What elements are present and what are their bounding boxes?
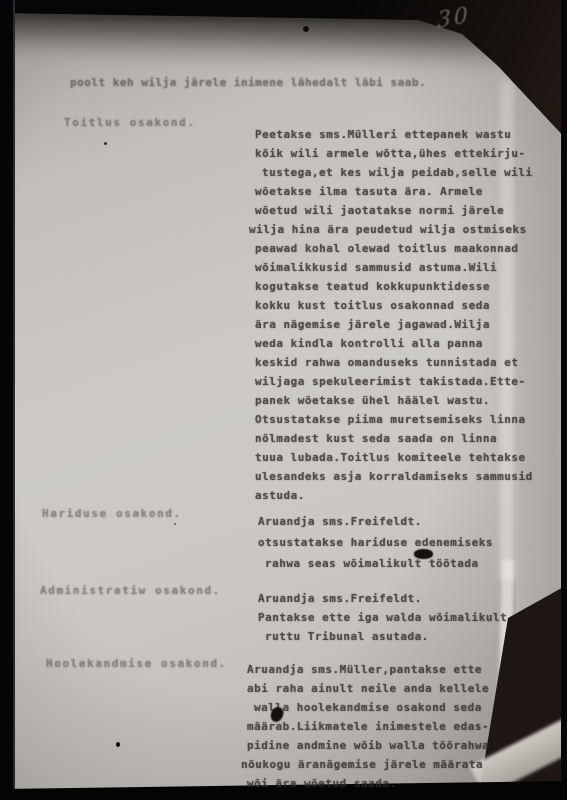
typewritten-line: tuua lubada.Toitlus komiteele tehtakse [255,448,533,467]
typewritten-line: Pantakse ette iga walda wõimalikult [258,608,507,627]
typewritten-line: nõlmadest kust seda saada on linna [255,429,533,448]
typewritten-line: wõi ära wõetud saada. [247,774,489,793]
typewritten-line: ulesandeks asja korraldamiseks sammusid [255,467,533,486]
intro-line: poolt keh wilja järele inimene lähedalt … [70,76,426,89]
section-heading: Hoolekandmise osakond. [46,657,227,670]
typewritten-line: astuda. [255,486,533,505]
typewritten-line: kokku kust toitlus osakonnad seda [255,296,533,315]
typewritten-line: wõetakse ilma tasuta ära. Armele [255,182,533,201]
section-heading: Toitlus osakond. [64,116,196,129]
typewritten-line: panek wõetakse ühel häälel wastu. [255,391,533,410]
typewritten-line: tustega,et kes wilja peidab,selle wili [262,163,533,182]
ink-blot [414,549,433,559]
typewritten-line: abi raha ainult neile anda kellele [247,679,489,698]
typewritten-line: pidine andmine wõib walla töörahwa [247,736,489,755]
section-lines: Aruandja sms.Müller,pantakse etteabi rah… [247,660,489,793]
typewritten-line: otsustatakse hariduse edenemiseks [258,532,493,553]
section-lines: Peetakse sms.Mülleri ettepanek wastukõik… [255,125,533,505]
typewritten-line: peawad kohal olewad toitlus maakonnad [255,239,533,258]
typewritten-line: walla hoolekandmise osakond seda [254,698,489,717]
typewritten-line: Peetakse sms.Mülleri ettepanek wastu [255,125,533,144]
section-lines: Aruandja sms.Freifeldt.otsustatakse hari… [258,511,493,574]
section-heading: Hariduse osakond. [42,507,182,520]
typewritten-line: nõukogu äranägemise järele määrata [241,755,489,774]
typewritten-line: Aruandja sms.Freifeldt. [258,589,507,608]
typewritten-line: keskid rahwa omanduseks tunnistada et [255,353,533,372]
typewritten-line: weda kindla kontrolli alla panna [255,334,533,353]
section-heading: Administratiw osakond. [40,584,221,597]
dust-speck [116,742,120,747]
typewritten-line: kõik wili armele wõtta,ühes ettekirju- [255,144,533,163]
dust-speck [303,26,309,32]
typewritten-line: wilja hina ära peudetud wilja ostmiseks [249,220,533,239]
typewritten-line: määrab.Liikmatele inimestele edas- [247,717,489,736]
typewritten-line: wiljaga spekuleerimist takistada.Ette- [255,372,533,391]
typewritten-line: ruttu Tribunal asutada. [265,627,507,646]
typewritten-line: rahwa seas wõimalikult töötada [265,553,493,574]
typewritten-text-layer: poolt keh wilja järele inimene lähedalt … [0,0,567,800]
typewritten-line: ära nägemise järele jagawad.Wilja [255,315,533,334]
typewritten-line: kogutakse teatud kokkupunktidesse [255,277,533,296]
dust-speck [104,142,107,145]
dust-speck [174,523,176,525]
section-lines: Aruandja sms.Freifeldt.Pantakse ette iga… [258,589,507,646]
typewritten-line: Aruandja sms.Freifeldt. [258,511,493,532]
photograph: 30 poolt keh wilja järele inimene läheda… [0,0,567,800]
typewritten-line: Aruandja sms.Müller,pantakse ette [247,660,489,679]
typewritten-line: wõimalikkusid sammusid astuma.Wili [255,258,533,277]
typewritten-line: Otsustatakse piima muretsemiseks linna [255,410,533,429]
typewritten-line: wõetud wili jaotatakse normi järele [255,201,533,220]
